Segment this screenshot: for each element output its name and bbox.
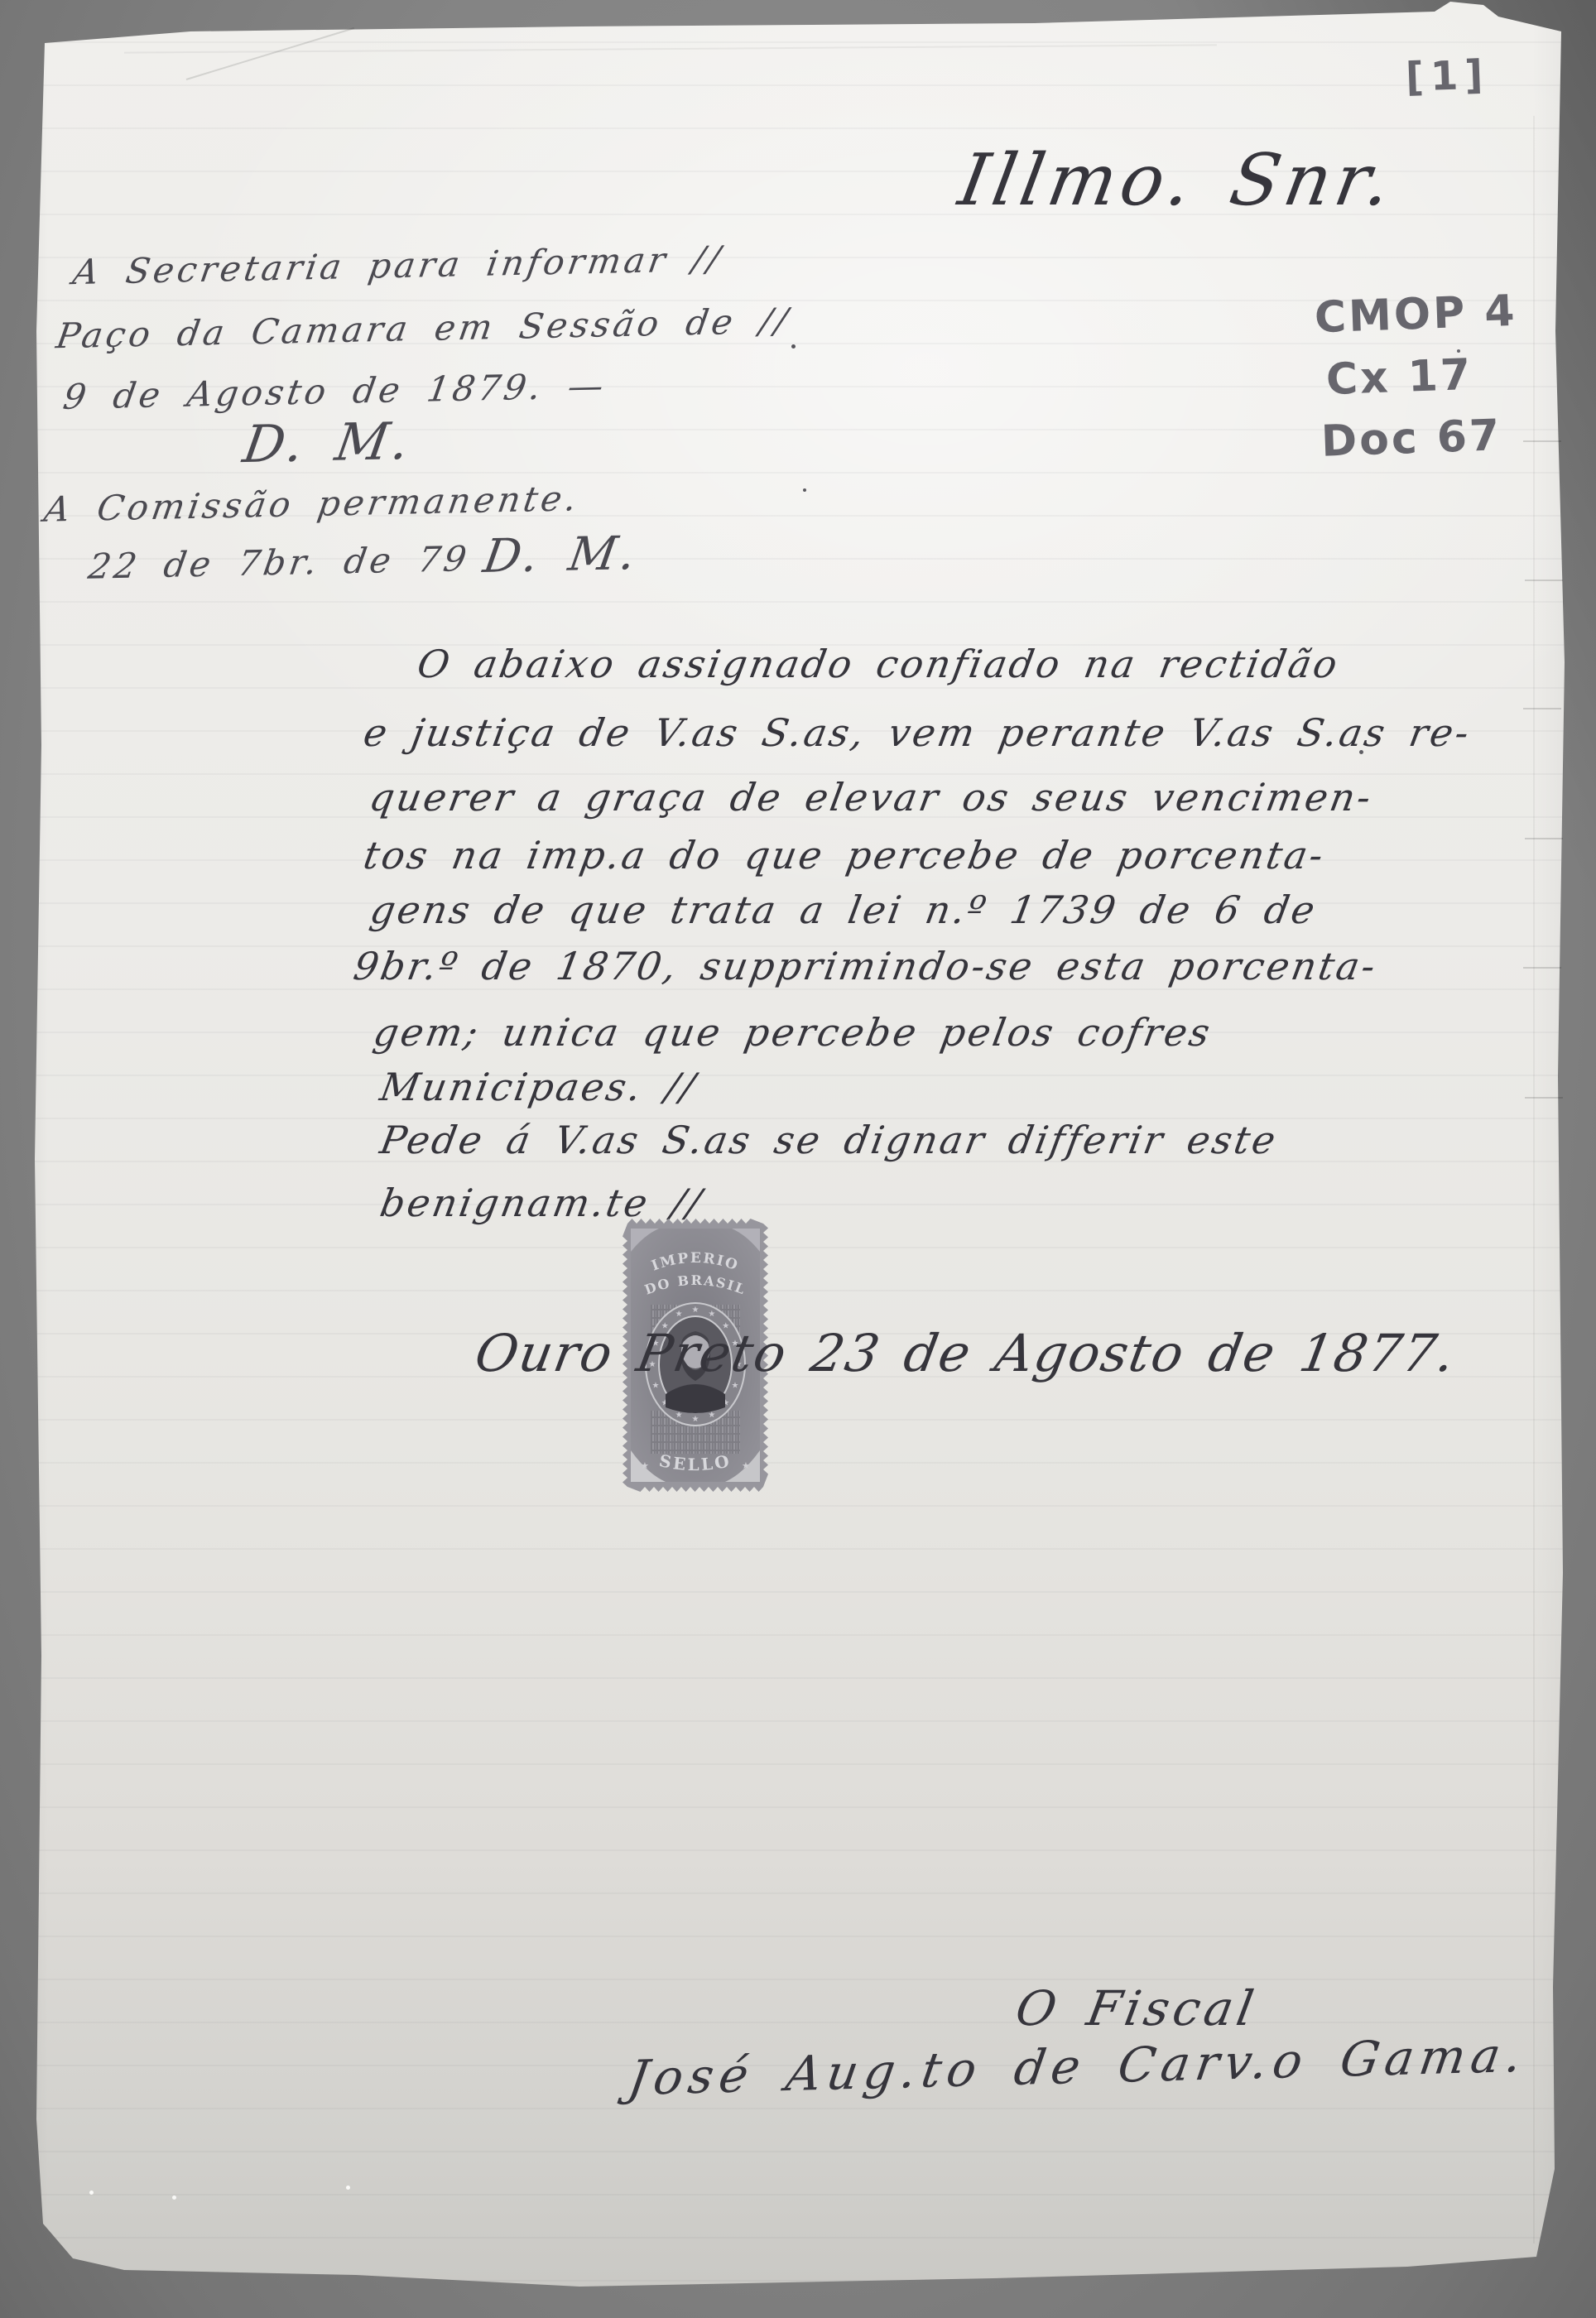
- body-line-3: querer a graça de elevar os seus vencime…: [366, 775, 1377, 820]
- document-scan: [1] CMOP 4 Cx 17 Doc 67 Illmo. Snr. A Se…: [0, 0, 1596, 2318]
- archival-code-box: Cx 17: [1325, 350, 1473, 405]
- stamp-star-icon: ★: [675, 1310, 683, 1319]
- dust-speck: [89, 2191, 94, 2195]
- body-line-5: gens de que trata a lei n.º 1739 de 6 de: [367, 887, 1320, 932]
- despatch-rubric-2: D. M.: [480, 527, 642, 584]
- page-number: [1]: [1405, 51, 1490, 101]
- stamp-star-icon: ★: [708, 1310, 715, 1319]
- edge-tick: [1525, 1097, 1563, 1099]
- date-line: Ouro Preto 23 de Agosto de 1877.: [471, 1323, 1461, 1383]
- archival-code-doc: Doc 67: [1320, 411, 1502, 467]
- dust-speck: [346, 2186, 350, 2190]
- body-line-7: gem; unica que percebe pelos cofres: [370, 1010, 1215, 1055]
- signer-role: O Fiscal: [1012, 1980, 1262, 2037]
- body-line-4: tos na imp.a do que percebe de porcenta-: [360, 833, 1329, 878]
- stamp-star-icon: ★: [708, 1411, 715, 1420]
- body-line-1: O abaixo assignado confiado na rectidão: [414, 642, 1343, 686]
- salutation: Illmo. Snr.: [953, 139, 1401, 222]
- right-fold-line: [1533, 116, 1535, 2243]
- body-line-2: e justiça de V.as S.as, vem perante V.as…: [360, 710, 1474, 755]
- body-line-9: Pede á V.as S.as se dignar differir este: [377, 1118, 1281, 1162]
- dust-speck: [172, 2195, 176, 2200]
- edge-tick: [1523, 440, 1561, 442]
- stamp-star-icon: ★: [692, 1306, 699, 1315]
- dust-speck: [803, 488, 806, 492]
- stamp-star-icon: ★: [742, 1460, 750, 1471]
- stamp-star-icon: ★: [675, 1411, 683, 1420]
- stamp-star-icon: ★: [692, 1415, 699, 1424]
- edge-tick: [1523, 708, 1561, 709]
- body-line-6: 9br.º de 1870, supprimindo-se esta porce…: [350, 944, 1381, 988]
- edge-tick: [1523, 967, 1561, 969]
- archival-code-fonds: CMOP 4: [1314, 286, 1517, 343]
- edge-tick: [1525, 838, 1563, 839]
- edge-tick: [1525, 579, 1563, 581]
- body-line-8: Municipaes. //: [377, 1065, 700, 1109]
- dust-speck: [791, 344, 796, 349]
- despatch-line-5: 22 de 7br. de 79: [85, 538, 472, 587]
- stamp-star-icon: ★: [641, 1460, 649, 1471]
- despatch-rubric-1: D. M.: [239, 411, 416, 474]
